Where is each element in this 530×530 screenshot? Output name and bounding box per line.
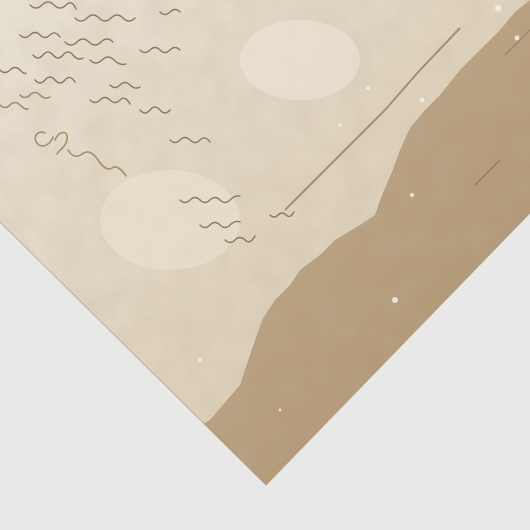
paper-surface [0, 0, 530, 530]
paper-corner [0, 0, 530, 530]
photo-stage [0, 0, 530, 530]
